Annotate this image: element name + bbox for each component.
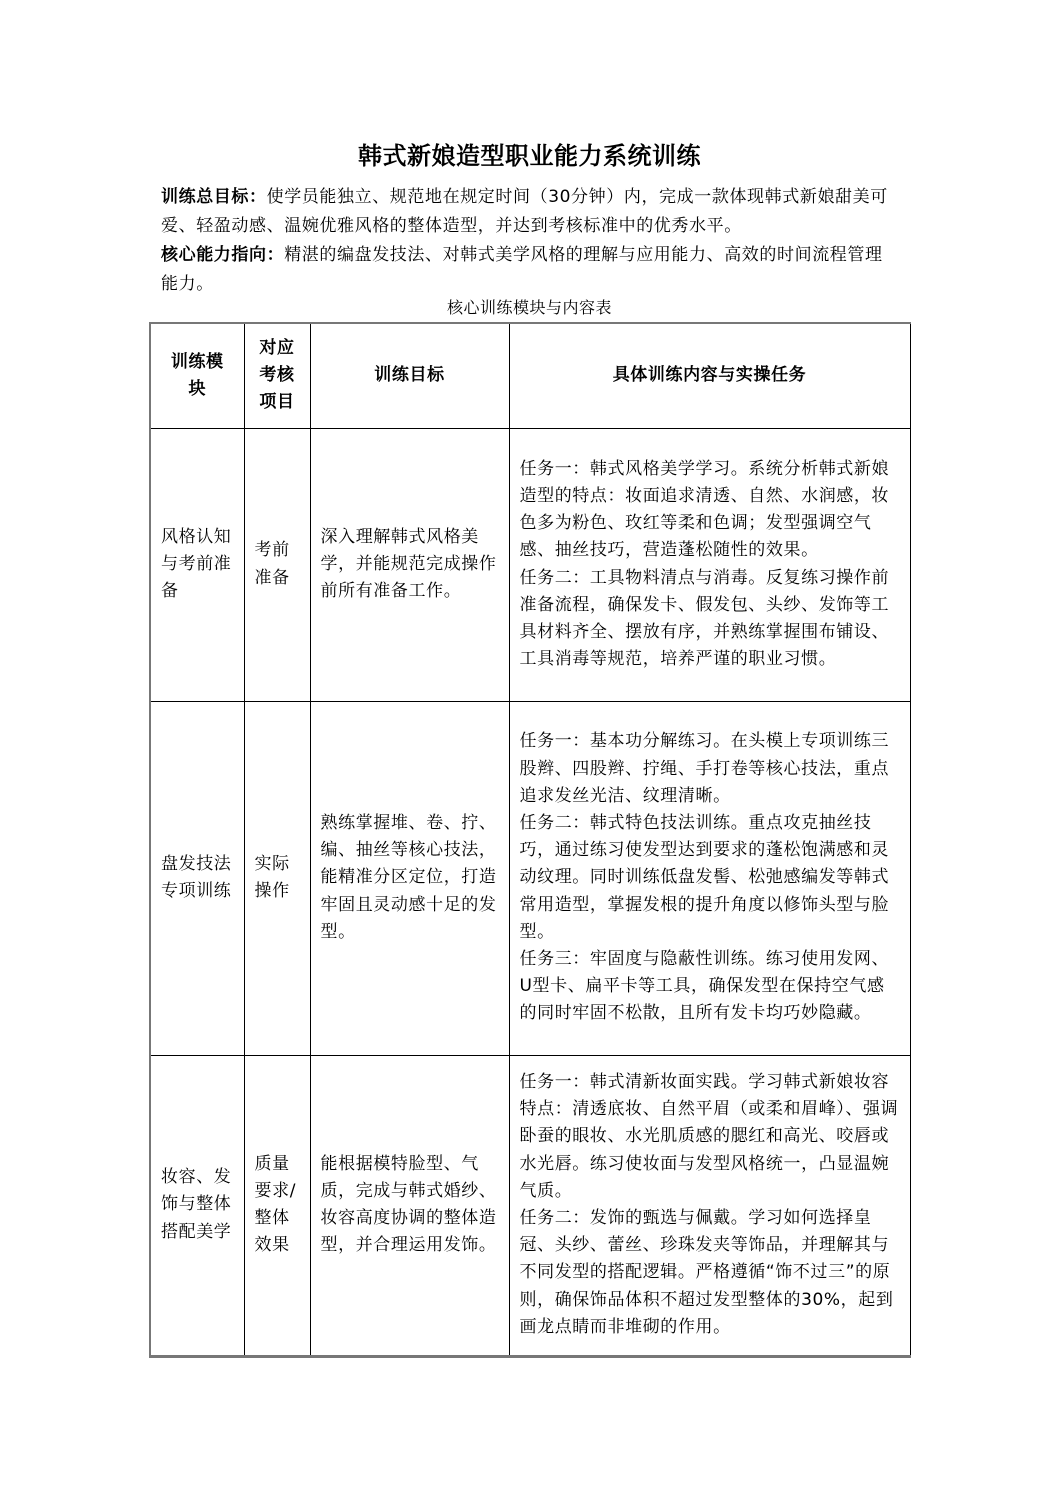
table-header-row: 训练模块 对应考核项目 训练目标 具体训练内容与实操任务 (150, 323, 910, 428)
header-exam-item: 对应考核项目 (244, 323, 310, 428)
content-cell: 任务一：韩式风格美学学习。系统分析韩式新娘造型的特点：妆面追求清透、自然、水润感… (509, 428, 910, 701)
training-modules-table: 训练模块 对应考核项目 训练目标 具体训练内容与实操任务 风格认知与考前准备 考… (149, 322, 911, 1358)
module-cell: 盘发技法专项训练 (150, 701, 244, 1055)
document-title: 韩式新娘造型职业能力系统训练 (0, 141, 1059, 171)
task-item: 任务二：发饰的甄选与佩戴。学习如何选择皇冠、头纱、蕾丝、珍珠发夹等饰品，并理解其… (520, 1205, 900, 1341)
overall-goal-paragraph: 训练总目标：使学员能独立、规范地在规定时间（30分钟）内，完成一款体现韩式新娘甜… (161, 183, 896, 241)
core-ability-paragraph: 核心能力指向：精湛的编盘发技法、对韩式美学风格的理解与应用能力、高效的时间流程管… (161, 241, 896, 299)
task-item: 任务二：韩式特色技法训练。重点攻克抽丝技巧，通过练习使发型达到要求的蓬松饱满感和… (520, 810, 900, 946)
overall-goal-label: 训练总目标： (161, 187, 267, 207)
core-ability-label: 核心能力指向： (161, 245, 284, 265)
exam-item-cell: 考前准备 (244, 428, 310, 701)
task-item: 任务一：韩式清新妆面实践。学习韩式新娘妆容特点：清透底妆、自然平眉（或柔和眉峰）… (520, 1069, 900, 1205)
module-cell: 风格认知与考前准备 (150, 428, 244, 701)
table-row: 妆容、发饰与整体搭配美学 质量要求/整体效果 能根据模特脸型、气质，完成与韩式婚… (150, 1055, 910, 1356)
table-caption: 核心训练模块与内容表 (0, 297, 1059, 319)
task-item: 任务一：韩式风格美学学习。系统分析韩式新娘造型的特点：妆面追求清透、自然、水润感… (520, 456, 900, 565)
overall-goal-text: 使学员能独立、规范地在规定时间（30分钟）内，完成一款体现韩式新娘甜美可爱、轻盈… (161, 187, 888, 236)
task-item: 任务三：牢固度与隐蔽性训练。练习使用发网、U型卡、扁平卡等工具，确保发型在保持空… (520, 946, 900, 1028)
module-cell: 妆容、发饰与整体搭配美学 (150, 1055, 244, 1356)
goal-cell: 能根据模特脸型、气质，完成与韩式婚纱、妆容高度协调的整体造型，并合理运用发饰。 (310, 1055, 509, 1356)
goal-cell: 深入理解韩式风格美学，并能规范完成操作前所有准备工作。 (310, 428, 509, 701)
task-item: 任务一：基本功分解练习。在头模上专项训练三股辫、四股辫、拧绳、手打卷等核心技法，… (520, 728, 900, 810)
header-goal: 训练目标 (310, 323, 509, 428)
task-item: 任务二：工具物料清点与消毒。反复练习操作前准备流程，确保发卡、假发包、头纱、发饰… (520, 565, 900, 674)
exam-item-cell: 质量要求/整体效果 (244, 1055, 310, 1356)
exam-item-cell: 实际操作 (244, 701, 310, 1055)
table-row: 盘发技法专项训练 实际操作 熟练掌握堆、卷、拧、编、抽丝等核心技法，能精准分区定… (150, 701, 910, 1055)
header-content: 具体训练内容与实操任务 (509, 323, 910, 428)
content-cell: 任务一：韩式清新妆面实践。学习韩式新娘妆容特点：清透底妆、自然平眉（或柔和眉峰）… (509, 1055, 910, 1356)
table-row: 风格认知与考前准备 考前准备 深入理解韩式风格美学，并能规范完成操作前所有准备工… (150, 428, 910, 701)
goal-cell: 熟练掌握堆、卷、拧、编、抽丝等核心技法，能精准分区定位，打造牢固且灵动感十足的发… (310, 701, 509, 1055)
content-cell: 任务一：基本功分解练习。在头模上专项训练三股辫、四股辫、拧绳、手打卷等核心技法，… (509, 701, 910, 1055)
header-module: 训练模块 (150, 323, 244, 428)
